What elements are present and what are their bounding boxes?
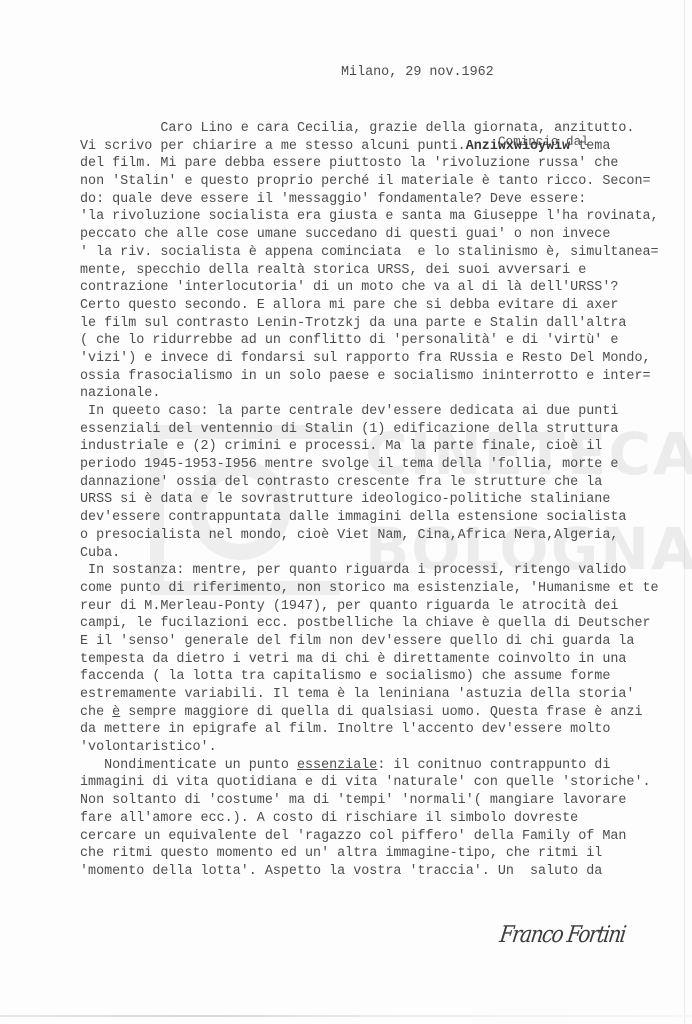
- text-line: dannazione' ossia del contrasto crescent…: [80, 474, 659, 492]
- text-line: come punto di riferimento, non storico m…: [80, 580, 659, 598]
- text-line: URSS si è data e le sovrastrutture ideol…: [80, 491, 659, 509]
- text-line: faccenda ( la lotta tra capitalismo e so…: [80, 668, 659, 686]
- text-line: fare all'amore ecc.). A costo di rischia…: [80, 810, 659, 828]
- text-line: periodo 1945-1953-I956 mentre svolge il …: [80, 456, 659, 474]
- text-line: ' la riv. socialista è appena cominciata…: [80, 244, 659, 262]
- text-line: Non soltanto di 'costume' ma di 'tempi' …: [80, 792, 659, 810]
- text-line: 'momento della lotta'. Aspetto la vostra…: [80, 863, 659, 881]
- text-line: Certo questo secondo. E allora mi pare c…: [80, 297, 659, 315]
- text-line: In sostanza: mentre, per quanto riguarda…: [80, 562, 659, 580]
- text-line: 'la rivoluzione socialista era giusta e …: [80, 208, 659, 226]
- underlined-word: è: [112, 705, 120, 720]
- text-line-start: Nondimenticate un punto: [80, 758, 297, 773]
- text-line: ossia frasocialismo in un solo paese e s…: [80, 368, 659, 386]
- text-line: essenziali del ventennio di Stalin (1) e…: [80, 421, 659, 439]
- text-line-end: sempre maggiore di quella di qualsiasi u…: [120, 705, 642, 720]
- text-line: mente, specchio della realtà storica URS…: [80, 262, 659, 280]
- underlined-word: essenziale: [297, 758, 377, 773]
- text-line: che è sempre maggiore di quella di quals…: [80, 704, 659, 722]
- text-line: Caro Lino e cara Cecilia, grazie della g…: [80, 120, 659, 138]
- text-line-end: tema: [570, 139, 610, 154]
- handwritten-signature: Franco Fortini: [498, 920, 627, 948]
- text-line: 'volontaristico'.: [80, 739, 659, 757]
- text-line-end: : il conitnuo contrappunto di: [377, 758, 610, 773]
- text-line: non 'Stalin' e questo proprio perché il …: [80, 173, 659, 191]
- text-line-start: che: [80, 705, 112, 720]
- text-line: peccato che alle cose umane succedano di…: [80, 226, 659, 244]
- text-line-start: Vi scrivo per chiarire a me stesso alcun…: [80, 139, 466, 154]
- text-line: del film. Mi pare debba essere piuttosto…: [80, 155, 659, 173]
- text-line: o presocialista nel mondo, cioè Viet Nam…: [80, 527, 659, 545]
- letter-page: CINETECA BOLOGNA Milano, 29 nov.1962 Com…: [0, 0, 692, 1024]
- text-line: cercare un equivalente del 'ragazzo col …: [80, 828, 659, 846]
- struck-out-text: Anziwxwioywiw: [466, 139, 570, 154]
- text-line: reur di M.Merleau-Ponty (1947), per quan…: [80, 598, 659, 616]
- letter-body: Caro Lino e cara Cecilia, grazie della g…: [80, 120, 659, 881]
- text-line: contrazione 'interlocutoria' di un moto …: [80, 279, 659, 297]
- text-line: campi, le fucilazioni ecc. postbelliche …: [80, 615, 659, 633]
- text-line: le film sul contrasto Lenin-Trotzkj da u…: [80, 315, 659, 333]
- text-line: E il 'senso' generale del film non dev'e…: [80, 633, 659, 651]
- text-line: immagini di vita quotidiana e di vita 'n…: [80, 774, 659, 792]
- dateline: Milano, 29 nov.1962: [341, 65, 494, 80]
- text-line: nazionale.: [80, 385, 659, 403]
- text-line: dev'essere contrappuntata dalle immagini…: [80, 509, 659, 527]
- text-line: industriale e (2) crimini e processi. Ma…: [80, 438, 659, 456]
- text-line: ( che lo ridurrebbe ad un conflitto di '…: [80, 332, 659, 350]
- text-line: 'vizi') e invece di fondarsi sul rapport…: [80, 350, 659, 368]
- text-line: estremamente variabili. Il tema è la len…: [80, 686, 659, 704]
- text-line: che ritmi questo momento ed un' altra im…: [80, 845, 659, 863]
- text-line: Nondimenticate un punto essenziale: il c…: [80, 757, 659, 775]
- text-line: do: quale deve essere il 'messaggio' fon…: [80, 191, 659, 209]
- text-line: tempesta da dietro i vetri ma di chi è d…: [80, 651, 659, 669]
- text-line: Cuba.: [80, 545, 659, 563]
- text-line: In queeto caso: la parte centrale dev'es…: [80, 403, 659, 421]
- page-edge-bottom: [0, 1015, 692, 1017]
- text-line: Vi scrivo per chiarire a me stesso alcun…: [80, 138, 659, 156]
- page-edge-right: [684, 0, 685, 1024]
- text-line: da mettere in epigrafe al film. Inoltre …: [80, 721, 659, 739]
